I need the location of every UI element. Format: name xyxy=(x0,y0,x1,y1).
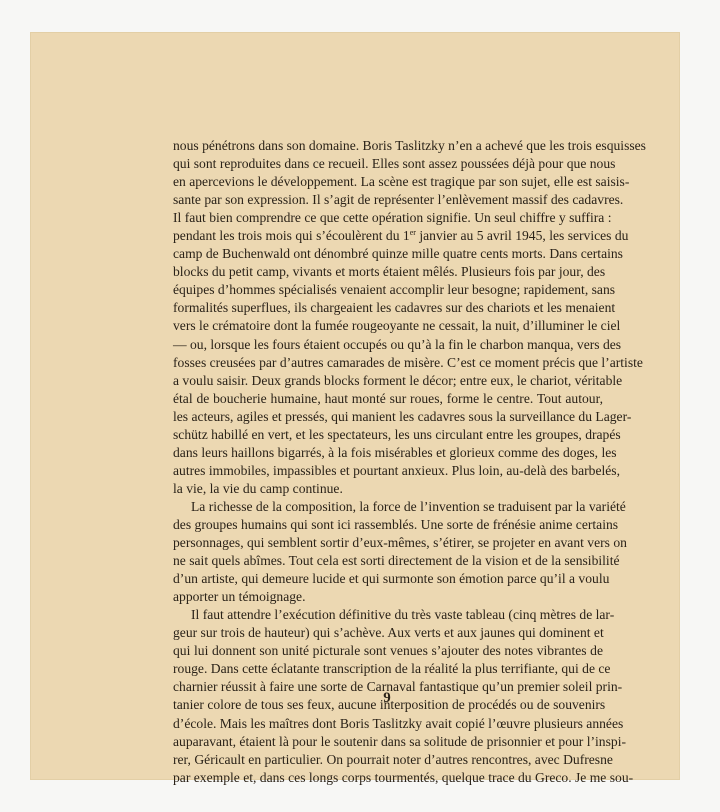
text-line: formalités superflues, ils chargeaient l… xyxy=(173,299,603,317)
text-line: geur sur trois de hauteur) qui s’achève.… xyxy=(173,624,603,642)
text-line: camp de Buchenwald ont dénombré quinze m… xyxy=(173,245,603,263)
paragraph: nous pénétrons dans son domaine. Boris T… xyxy=(173,137,603,498)
text-line: Il faut bien comprendre ce que cette opé… xyxy=(173,209,603,227)
text-line: des groupes humains qui sont ici rassemb… xyxy=(173,516,603,534)
text-line: pendant les trois mois qui s’écoulèrent … xyxy=(173,227,603,245)
text-line: les acteurs, agiles et pressés, qui mani… xyxy=(173,408,603,426)
text-line: — ou, lorsque les fours étaient occupés … xyxy=(173,336,603,354)
text-line: d’école. Mais les maîtres dont Boris Tas… xyxy=(173,715,603,733)
text-line: apporter un témoignage. xyxy=(173,588,603,606)
text-line: ne sait quels abîmes. Tout cela est sort… xyxy=(173,552,603,570)
text-line: étal de boucherie humaine, haut monté su… xyxy=(173,390,603,408)
text-line: qui lui donnent son unité picturale sont… xyxy=(173,642,603,660)
text-line: nous pénétrons dans son domaine. Boris T… xyxy=(173,137,603,155)
page-number: 9 xyxy=(377,690,397,707)
text-line: qui sont reproduites dans ce recueil. El… xyxy=(173,155,603,173)
text-line: Il faut attendre l’exécution définitive … xyxy=(173,606,603,624)
text-line: par exemple et, dans ces longs corps tou… xyxy=(173,769,603,787)
paragraph: La richesse de la composition, la force … xyxy=(173,498,603,606)
text-line: schütz habillé en vert, et les spectateu… xyxy=(173,426,603,444)
text-line: personnages, qui semblent sortir d’eux-m… xyxy=(173,534,603,552)
book-page: nous pénétrons dans son domaine. Boris T… xyxy=(30,32,680,780)
text-line: d’un artiste, qui demeure lucide et qui … xyxy=(173,570,603,588)
text-line: rer, Géricault en particulier. On pourra… xyxy=(173,751,603,769)
text-line: en apercevions le développement. La scèn… xyxy=(173,173,603,191)
text-line: sante par son expression. Il s’agit de r… xyxy=(173,191,603,209)
text-line: la vie, la vie du camp continue. xyxy=(173,480,603,498)
text-line: fosses creusées par d’autres camarades d… xyxy=(173,354,603,372)
text-line: blocks du petit camp, vivants et morts é… xyxy=(173,263,603,281)
text-line: a voulu saisir. Deux grands blocks forme… xyxy=(173,372,603,390)
text-line: équipes d’hommes spécialisés venaient ac… xyxy=(173,281,603,299)
text-line: dans leurs haillons bigarrés, à la fois … xyxy=(173,444,603,462)
text-line: rouge. Dans cette éclatante transcriptio… xyxy=(173,660,603,678)
text-line: vers le crématoire dont la fumée rougeoy… xyxy=(173,317,603,335)
text-line: La richesse de la composition, la force … xyxy=(173,498,603,516)
text-line: autres immobiles, impassibles et pourtan… xyxy=(173,462,603,480)
text-line: auparavant, étaient là pour le soutenir … xyxy=(173,733,603,751)
